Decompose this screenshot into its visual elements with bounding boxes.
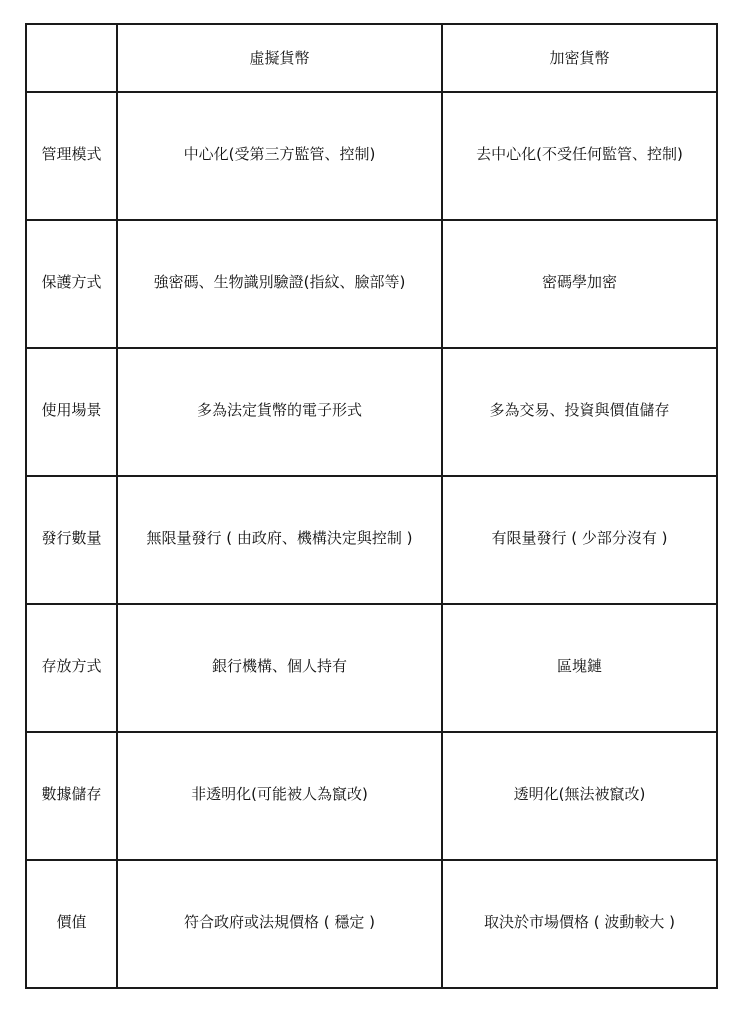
crypto-cell: 取決於市場價格 ( 波動較大 ) bbox=[442, 860, 717, 988]
crypto-cell: 區塊鏈 bbox=[442, 604, 717, 732]
table-row: 價值 符合政府或法規價格 ( 穩定 ) 取決於市場價格 ( 波動較大 ) bbox=[26, 860, 717, 988]
table-row: 使用場景 多為法定貨幣的電子形式 多為交易、投資與價值儲存 bbox=[26, 348, 717, 476]
virtual-cell: 銀行機構、個人持有 bbox=[117, 604, 442, 732]
table-row: 管理模式 中心化(受第三方監管、控制) 去中心化(不受任何監管、控制) bbox=[26, 92, 717, 220]
row-label: 使用場景 bbox=[26, 348, 117, 476]
table-row: 保護方式 強密碼、生物識別驗證(指紋、臉部等) 密碼學加密 bbox=[26, 220, 717, 348]
virtual-cell: 強密碼、生物識別驗證(指紋、臉部等) bbox=[117, 220, 442, 348]
header-row: 虛擬貨幣 加密貨幣 bbox=[26, 24, 717, 92]
table-row: 存放方式 銀行機構、個人持有 區塊鏈 bbox=[26, 604, 717, 732]
crypto-cell: 透明化(無法被竄改) bbox=[442, 732, 717, 860]
row-label: 管理模式 bbox=[26, 92, 117, 220]
row-label: 價值 bbox=[26, 860, 117, 988]
virtual-cell: 多為法定貨幣的電子形式 bbox=[117, 348, 442, 476]
crypto-cell: 去中心化(不受任何監管、控制) bbox=[442, 92, 717, 220]
header-crypto-currency: 加密貨幣 bbox=[442, 24, 717, 92]
comparison-table: 虛擬貨幣 加密貨幣 管理模式 中心化(受第三方監管、控制) 去中心化(不受任何監… bbox=[25, 23, 718, 989]
header-virtual-currency: 虛擬貨幣 bbox=[117, 24, 442, 92]
crypto-cell: 有限量發行 ( 少部分沒有 ) bbox=[442, 476, 717, 604]
row-label: 保護方式 bbox=[26, 220, 117, 348]
virtual-cell: 無限量發行 ( 由政府、機構決定與控制 ) bbox=[117, 476, 442, 604]
virtual-cell: 中心化(受第三方監管、控制) bbox=[117, 92, 442, 220]
crypto-cell: 密碼學加密 bbox=[442, 220, 717, 348]
virtual-cell: 非透明化(可能被人為竄改) bbox=[117, 732, 442, 860]
virtual-cell: 符合政府或法規價格 ( 穩定 ) bbox=[117, 860, 442, 988]
row-label: 數據儲存 bbox=[26, 732, 117, 860]
row-label: 存放方式 bbox=[26, 604, 117, 732]
row-label: 發行數量 bbox=[26, 476, 117, 604]
crypto-cell: 多為交易、投資與價值儲存 bbox=[442, 348, 717, 476]
table-row: 發行數量 無限量發行 ( 由政府、機構決定與控制 ) 有限量發行 ( 少部分沒有… bbox=[26, 476, 717, 604]
header-corner-cell bbox=[26, 24, 117, 92]
table-row: 數據儲存 非透明化(可能被人為竄改) 透明化(無法被竄改) bbox=[26, 732, 717, 860]
